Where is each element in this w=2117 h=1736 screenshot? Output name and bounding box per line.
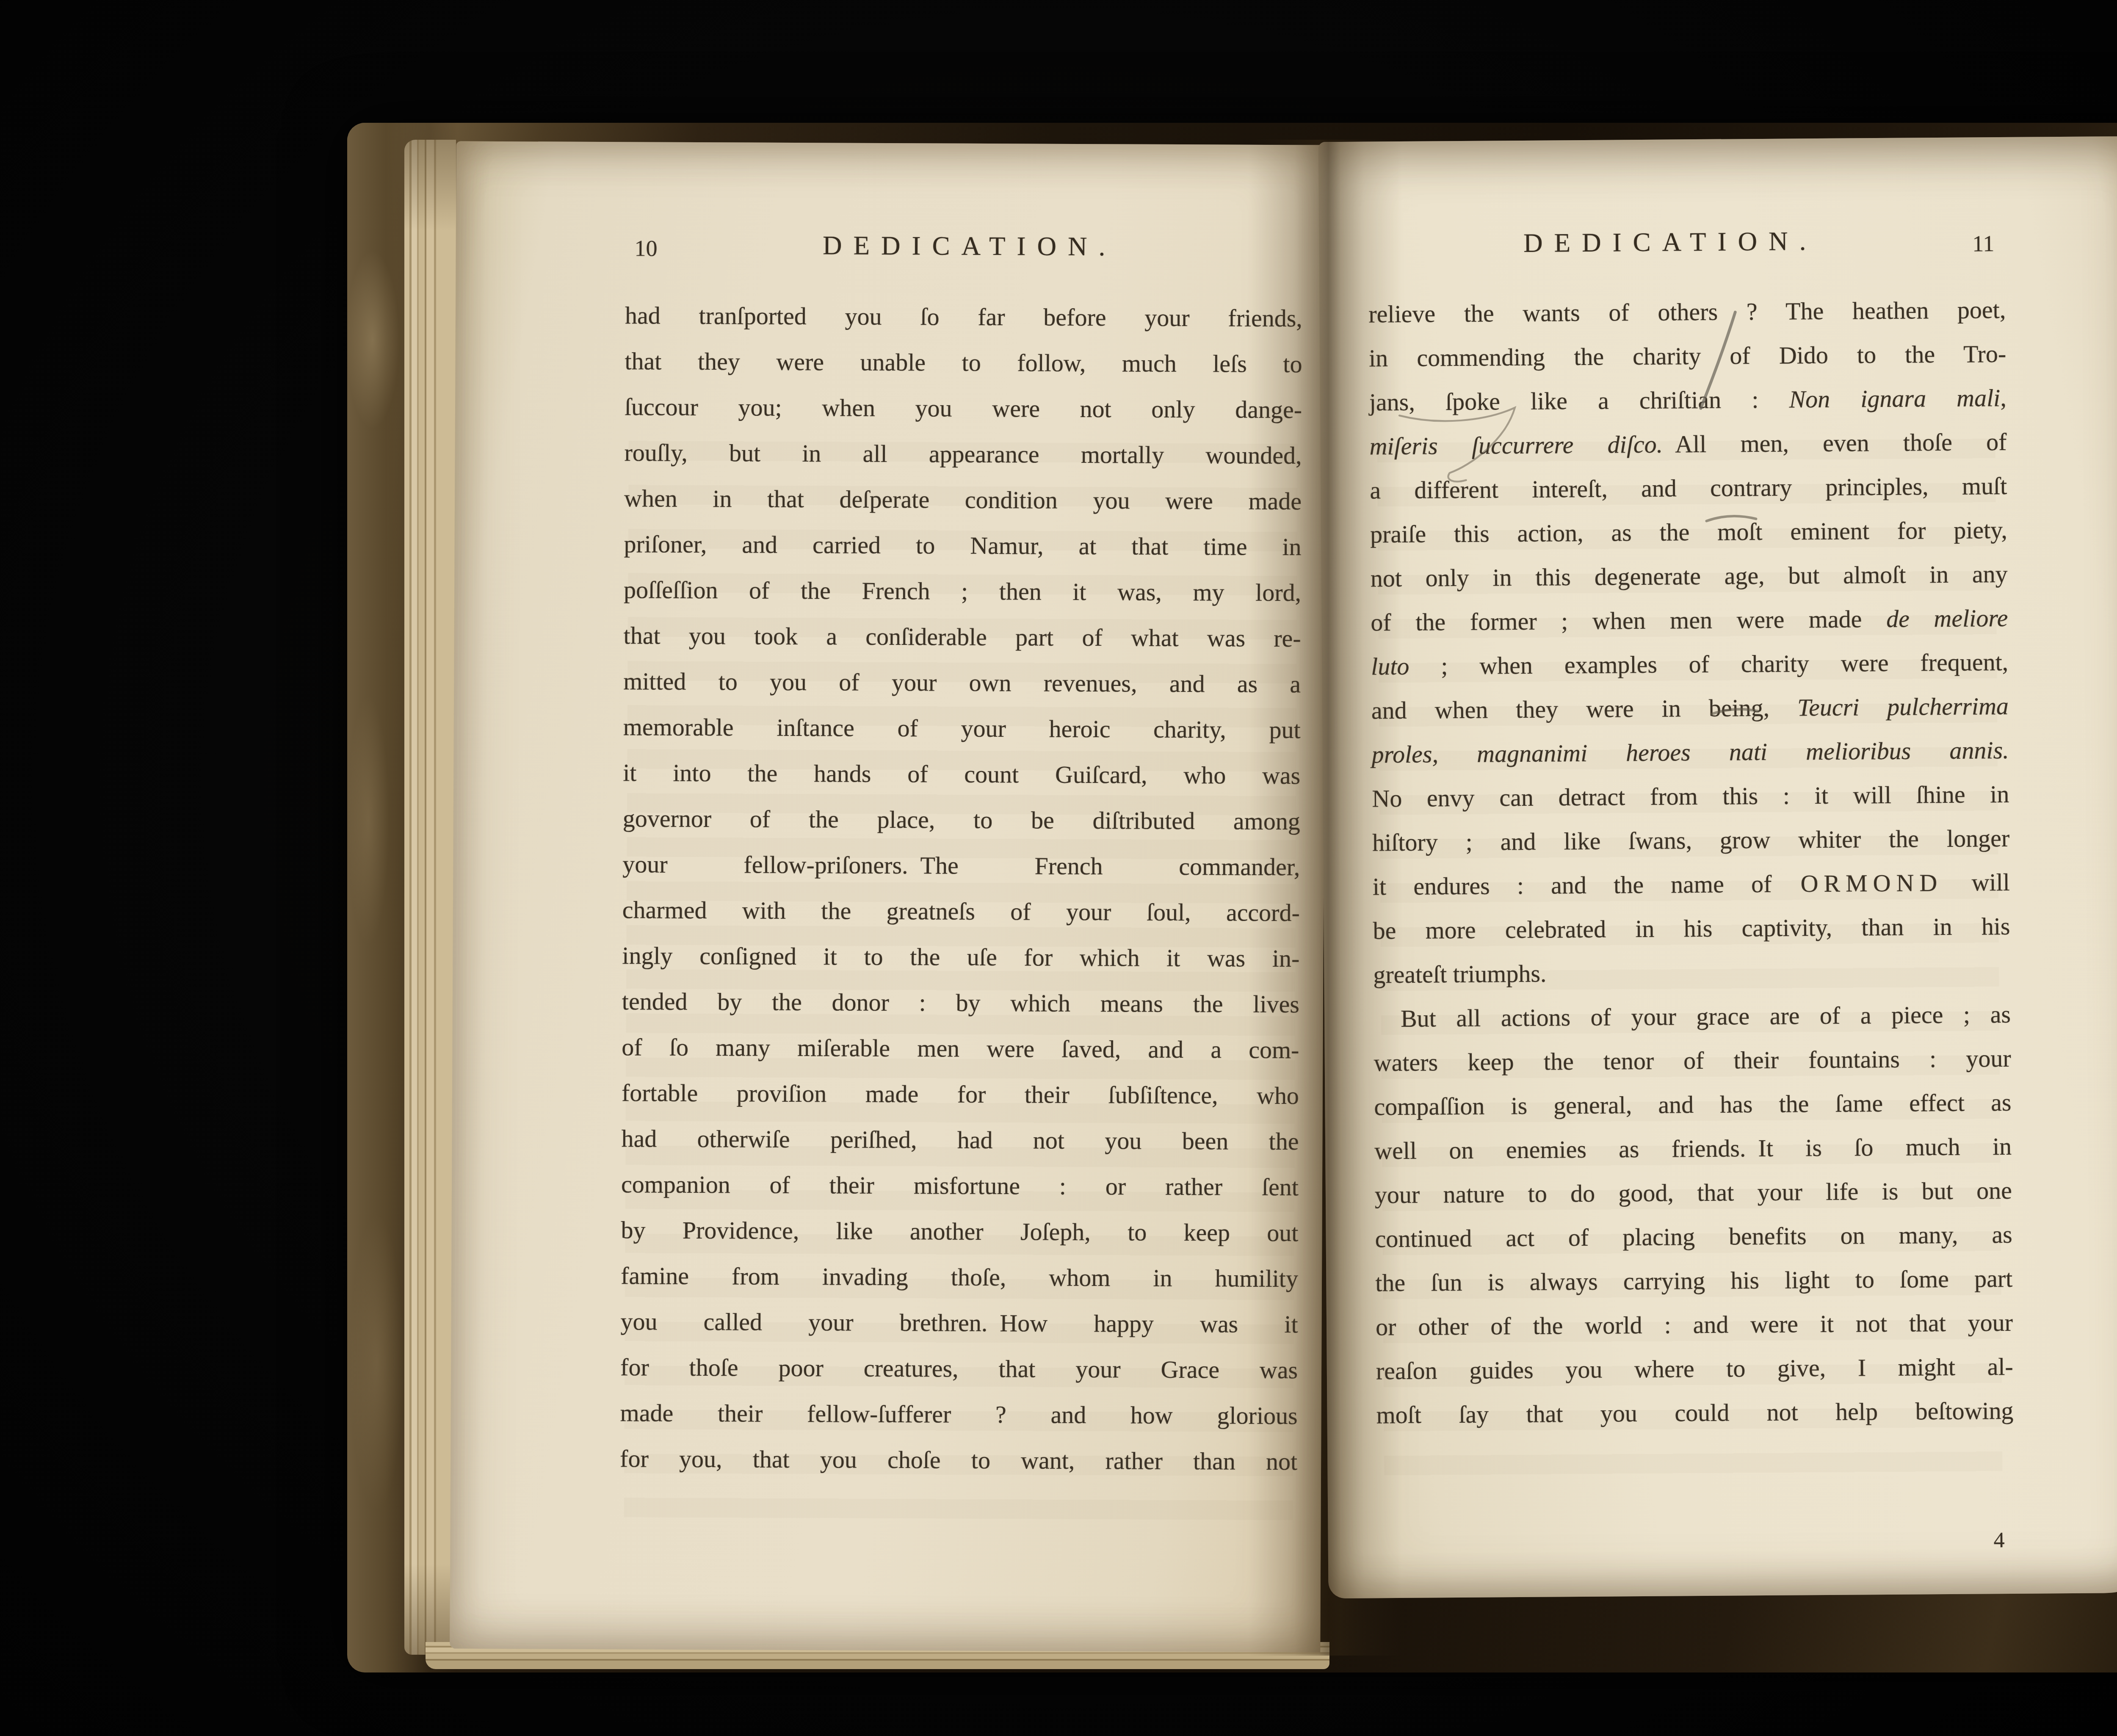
text-line: proles, magnanimi heroes nati melioribus…: [1371, 728, 2009, 777]
photo-background: 10 DEDICATION. had tranſported you ſo fa…: [0, 0, 2117, 1736]
right-page-text-block: DEDICATION. 11 relieve the wants of othe…: [1368, 224, 2014, 1437]
text-line: it endures : and the name of ORMOND will: [1372, 860, 2010, 909]
text-line: But all actions of your grace are of a p…: [1374, 992, 2011, 1041]
text-line: compaſſion is general, and has the ſame …: [1374, 1081, 2012, 1129]
text-line: praiſe this action, as the moſt eminent …: [1370, 508, 2008, 557]
right-page-body-text: relieve the wants of others ? The heathe…: [1368, 288, 2014, 1437]
text-line: continued act of placing benefits on man…: [1375, 1213, 2012, 1261]
text-line: not only in this degenerate age, but alm…: [1370, 552, 2008, 601]
text-line: the ſun is always carrying his light to …: [1375, 1257, 2013, 1305]
text-line: be more celebrated in his captivity, tha…: [1373, 904, 2010, 953]
text-line: in commending the charity of Dido to the…: [1369, 332, 2006, 381]
right-page-number: 11: [1972, 230, 1994, 257]
right-running-title: DEDICATION.: [1346, 224, 1983, 260]
text-line: relieve the wants of others ? The heathe…: [1368, 288, 2006, 337]
text-line: moſt ſay that you could not help beſtowi…: [1376, 1389, 2014, 1437]
text-line: hiſtory ; and like ſwans, grow whiter th…: [1372, 816, 2010, 865]
right-leaf: DEDICATION. 11 relieve the wants of othe…: [342, 116, 2117, 1679]
text-line: jans, ſpoke like a chriſtian : Non ignar…: [1369, 376, 2006, 425]
text-line: a different intereſt, and contrary princ…: [1370, 464, 2007, 513]
text-line: or other of the world : and were it not …: [1376, 1301, 2013, 1349]
text-line: waters keep the tenor of their fountains…: [1374, 1037, 2011, 1085]
open-book: 10 DEDICATION. had tranſported you ſo fa…: [347, 123, 2117, 1672]
text-line: reaſon guides you where to give, I might…: [1376, 1345, 2013, 1393]
text-line: your nature to do good, that your life i…: [1375, 1169, 2012, 1217]
text-line: luto ; when examples of charity were fre…: [1371, 640, 2009, 689]
text-line: No envy can detract from this : it will …: [1372, 772, 2009, 821]
right-page-header: DEDICATION. 11: [1368, 224, 2006, 293]
text-line: and when they were in being, Teucri pulc…: [1371, 684, 2009, 733]
text-line: greateſt triumphs.: [1373, 948, 2011, 997]
text-line: well on enemies as friends. It is ſo muc…: [1374, 1125, 2012, 1173]
text-line: miſeris ſuccurrere diſco. All men, even …: [1369, 420, 2007, 469]
text-line: of the former ; when men were made de me…: [1371, 596, 2008, 645]
signature-mark: 4: [1993, 1528, 2004, 1553]
